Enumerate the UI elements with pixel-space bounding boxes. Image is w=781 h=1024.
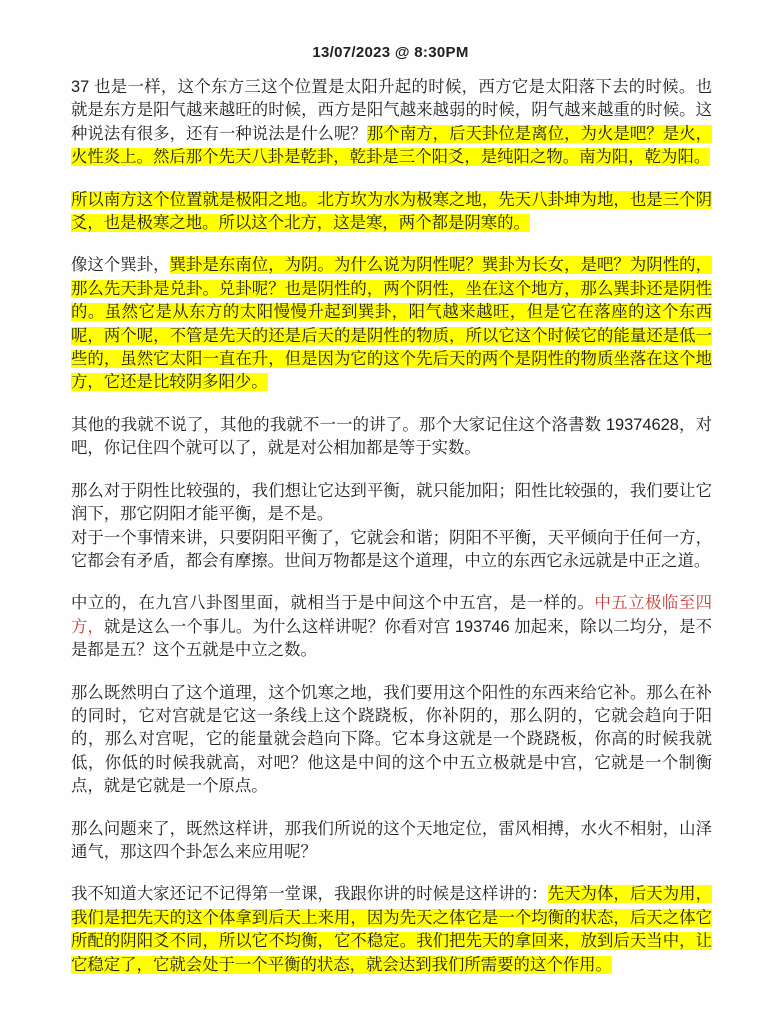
paragraph: 中立的，在九宫八卦图里面，就相当于是中间这个中五宫，是一样的。中五立极临至四方，… bbox=[71, 592, 712, 662]
paragraph: 那么对于阴性比较强的，我们想让它达到平衡，就只能加阳；阳性比较强的，我们要让它润… bbox=[71, 480, 712, 527]
text-segment: 就是这么一个事儿。为什么这样讲呢？你看对宫 193746 加起来，除以二均分，是… bbox=[71, 618, 712, 659]
paragraph: 那么问题来了，既然这样讲，那我们所说的这个天地定位，雷风相搏，水火不相射，山泽通… bbox=[71, 818, 712, 865]
text-segment: 那么对于阴性比较强的，我们想让它达到平衡，就只能加阳；阳性比较强的，我们要让它润… bbox=[71, 482, 712, 523]
highlighted-text: 巽卦是东南位，为阴。为什么说为阴性呢？巽卦为长女，是吧？为阴性的，那么先天卦是兑… bbox=[71, 256, 712, 391]
text-segment: 其他的我就不说了，其他的我就不一一的讲了。那个大家记住这个洛書数 1937462… bbox=[71, 416, 712, 457]
paragraph: 那么既然明白了这个道理，这个饥寒之地，我们要用这个阳性的东西来给它补。那么在补的… bbox=[71, 682, 712, 799]
paragraph: 所以南方这个位置就是极阳之地。北方坎为水为极寒之地，先天八卦坤为地，也是三个阴爻… bbox=[71, 189, 712, 236]
paragraph: 我不知道大家还记不记得第一堂课，我跟你讲的时候是这样讲的：先天为体，后天为用，我… bbox=[71, 883, 712, 977]
paragraph: 其他的我就不说了，其他的我就不一一的讲了。那个大家记住这个洛書数 1937462… bbox=[71, 414, 712, 461]
highlighted-text: 所以南方这个位置就是极阳之地。北方坎为水为极寒之地，先天八卦坤为地，也是三个阴爻… bbox=[71, 191, 712, 232]
paragraph: 对于一个事情来讲，只要阴阳平衡了，它就会和谐；阴阳不平衡，天平倾向于任何一方，它… bbox=[71, 527, 712, 574]
text-segment: 中立的，在九宫八卦图里面，就相当于是中间这个中五宫，是一样的。 bbox=[71, 594, 594, 612]
document-body: 37 也是一样，这个东方三这个位置是太阳升起的时候，西方它是太阳落下去的时候。也… bbox=[71, 76, 712, 977]
text-segment: 像这个巽卦， bbox=[71, 256, 170, 274]
text-segment: 那么问题来了，既然这样讲，那我们所说的这个天地定位，雷风相搏，水火不相射，山泽通… bbox=[71, 820, 712, 861]
timestamp-header: 13/07/2023 @ 8:30PM bbox=[0, 0, 781, 61]
paragraph: 37 也是一样，这个东方三这个位置是太阳升起的时候，西方它是太阳落下去的时候。也… bbox=[71, 76, 712, 170]
text-segment: 对于一个事情来讲，只要阴阳平衡了，它就会和谐；阴阳不平衡，天平倾向于任何一方，它… bbox=[71, 529, 712, 570]
paragraph: 像这个巽卦，巽卦是东南位，为阴。为什么说为阴性呢？巽卦为长女，是吧？为阴性的，那… bbox=[71, 254, 712, 394]
text-segment: 我不知道大家还记不记得第一堂课，我跟你讲的时候是这样讲的： bbox=[71, 885, 548, 903]
document-page: 13/07/2023 @ 8:30PM 37 也是一样，这个东方三这个位置是太阳… bbox=[0, 0, 781, 1024]
text-segment: 那么既然明白了这个道理，这个饥寒之地，我们要用这个阳性的东西来给它补。那么在补的… bbox=[71, 684, 712, 796]
